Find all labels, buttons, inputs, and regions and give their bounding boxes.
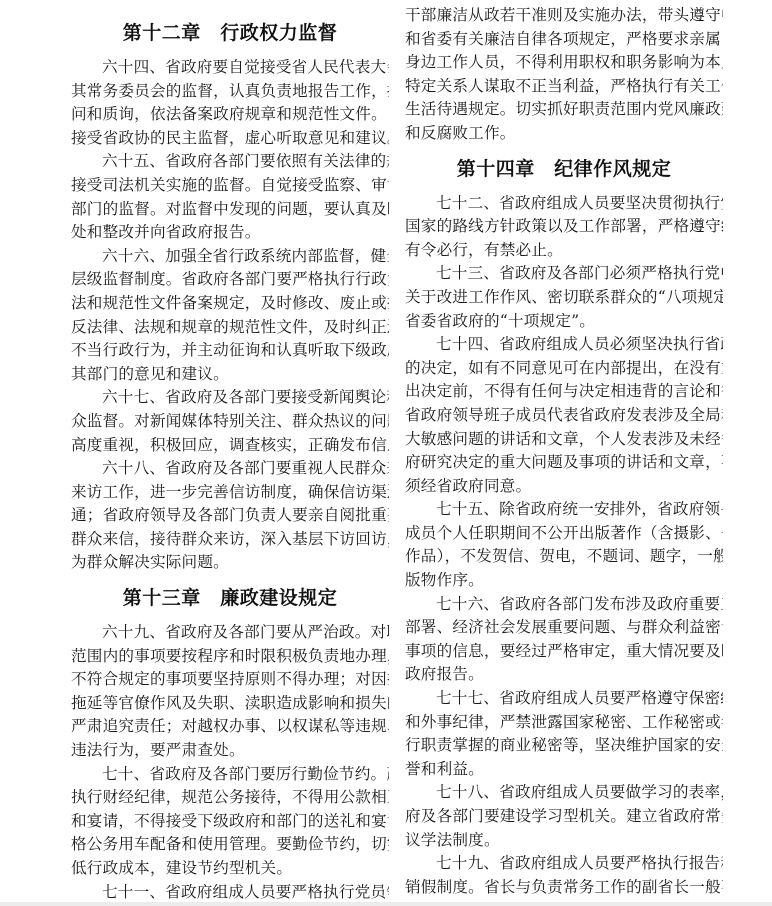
- text-line: 出决定前，不得有任何与决定相违背的言论和行为；: [405, 380, 723, 404]
- text-line: 七十一、省政府组成人员要严格执行党员领导: [71, 881, 389, 905]
- article-67: 六十七、省政府及各部门要接受新闻舆论和群 众监督。对新闻媒体特别关注、群众热议的…: [71, 386, 389, 457]
- text-line: 七十七、省政府组成人员要严格遵守保密纪律: [405, 687, 723, 711]
- text-line: 议学法制度。: [405, 829, 723, 853]
- chapter-12-title: 第十二章 行政权力监督: [71, 10, 389, 56]
- text-line: 处和整改并向省政府报告。: [71, 221, 389, 245]
- text-line: 法和规范性文件备案规定，及时修改、废止或撤销违: [71, 292, 389, 316]
- text-line: 七十、省政府及各部门要厉行勤俭节约。严格: [71, 763, 389, 787]
- text-line: 和省委有关廉洁自律各项规定，严格要求亲属以及: [405, 28, 723, 52]
- text-line: 和宴请，不得接受下级政府和部门的送礼和宴请，严: [71, 810, 389, 834]
- text-line: 行职责掌握的商业秘密等，坚决维护国家的安全、荣: [405, 734, 723, 758]
- text-line: 反法律、法规和规章的规范性文件，及时纠正违法或: [71, 316, 389, 340]
- text-line: 范围内的事项要按程序和时限积极负责地办理，对: [71, 645, 389, 669]
- text-line: 不符合规定的事项要坚持原则不得办理；对因推诿、: [71, 668, 389, 692]
- text-line: 七十四、省政府组成人员必须坚决执行省政府: [405, 333, 723, 357]
- text-line: 成员个人任职期间不公开出版著作（含摄影、书画: [405, 522, 723, 546]
- article-75: 七十五、除省政府统一安排外，省政府领导班子 成员个人任职期间不公开出版著作（含摄…: [405, 498, 723, 592]
- article-69: 六十九、省政府及各部门要从严治政。对职权 范围内的事项要按程序和时限积极负责地办…: [71, 621, 389, 763]
- text-line: 大敏感问题的讲话和文章，个人发表涉及未经省政: [405, 428, 723, 452]
- text-line: 六十九、省政府及各部门要从严治政。对职权: [71, 621, 389, 645]
- text-line: 高度重视，积极回应，调查核实，正确发布信息。: [71, 434, 389, 458]
- article-65: 六十五、省政府各部门要依照有关法律的规定 接受司法机关实施的监督。自觉接受监察、…: [71, 150, 389, 244]
- text-line: 省委省政府的“十项规定”。: [405, 310, 723, 334]
- text-line: 格公务用车配备和使用管理。要勤俭节约，切实降: [71, 833, 389, 857]
- document-page: 第十二章 行政权力监督 六十四、省政府要自觉接受省人民代表大会及 其常务委员会的…: [0, 0, 772, 902]
- text-line: 通；省政府领导及各部门负责人要亲自阅批重要的: [71, 504, 389, 528]
- text-line: 和外事纪律，严禁泄露国家秘密、工作秘密或者因履: [405, 711, 723, 735]
- text-line: 府及各部门要建设学习型机关。建立省政府常务会: [405, 805, 723, 829]
- article-68: 六十八、省政府及各部门要重视人民群众来信 来访工作，进一步完善信访制度，确保信访…: [71, 457, 389, 575]
- text-line: 六十四、省政府要自觉接受省人民代表大会及: [71, 56, 389, 80]
- text-line: 特定关系人谋取不正当利益，严格执行有关工作和: [405, 75, 723, 99]
- article-73: 七十三、省政府及各部门必须严格执行党中央 关于改进工作作风、密切联系群众的“八项…: [405, 262, 723, 333]
- text-line: 作品），不发贺信、贺电，不题词、题字，一般不为出: [405, 545, 723, 569]
- text-line: 来访工作，进一步完善信访制度，确保信访渠道畅: [71, 481, 389, 505]
- text-line: 须经省政府同意。: [405, 475, 723, 499]
- text-line: 问和质询，依法备案政府规章和规范性文件。自觉: [71, 103, 389, 127]
- text-line: 身边工作人员，不得利用职权和职务影响为本人或: [405, 51, 723, 75]
- text-line: 六十五、省政府各部门要依照有关法律的规定: [71, 150, 389, 174]
- article-64: 六十四、省政府要自觉接受省人民代表大会及 其常务委员会的监督，认真负责地报告工作…: [71, 56, 389, 150]
- text-line: 六十七、省政府及各部门要接受新闻舆论和群: [71, 386, 389, 410]
- text-line: 生活待遇规定。切实抓好职责范围内党风廉政建设: [405, 98, 723, 122]
- text-line: 销假制度。省长与负责常务工作的副省长一般不同: [405, 876, 723, 900]
- article-78: 七十八、省政府组成人员要做学习的表率，省政 府及各部门要建设学习型机关。建立省政…: [405, 781, 723, 852]
- page-bottom-edge: [0, 902, 772, 906]
- article-66: 六十六、加强全省行政系统内部监督，健全政府 层级监督制度。省政府各部门要严格执行…: [71, 245, 389, 387]
- article-79: 七十九、省政府组成人员要严格执行报告和请 销假制度。省长与负责常务工作的副省长一…: [405, 852, 723, 899]
- text-line: 政府报告。: [405, 663, 723, 687]
- article-71-continuation: 干部廉洁从政若干准则及实施办法，带头遵守中央 和省委有关廉洁自律各项规定，严格要…: [405, 4, 723, 146]
- text-line: 誉和利益。: [405, 758, 723, 782]
- text-line: 执行财经纪律，规范公务接待，不得用公款相互送礼: [71, 786, 389, 810]
- article-76: 七十六、省政府各部门发布涉及政府重要工作 部署、经济社会发展重要问题、与群众利益…: [405, 593, 723, 687]
- text-line: 其部门的意见和建议。: [71, 363, 389, 387]
- text-line: 七十二、省政府组成人员要坚决贯彻执行党和: [405, 192, 723, 216]
- text-line: 为群众解决实际问题。: [71, 551, 389, 575]
- left-column: 第十二章 行政权力监督 六十四、省政府要自觉接受省人民代表大会及 其常务委员会的…: [71, 0, 389, 904]
- text-line: 接受司法机关实施的监督。自觉接受监察、审计等: [71, 174, 389, 198]
- text-line: 七十三、省政府及各部门必须严格执行党中央: [405, 262, 723, 286]
- text-line: 七十五、除省政府统一安排外，省政府领导班子: [405, 498, 723, 522]
- chapter-14-title: 第十四章 纪律作风规定: [405, 146, 723, 192]
- text-line: 府研究决定的重大问题及事项的讲话和文章，事先: [405, 451, 723, 475]
- text-line: 省政府领导班子成员代表省政府发表涉及全局和重: [405, 404, 723, 428]
- chapter-13-title: 第十三章 廉政建设规定: [71, 575, 389, 621]
- text-line: 低行政成本，建设节约型机关。: [71, 857, 389, 881]
- text-line: 和反腐败工作。: [405, 122, 723, 146]
- text-line: 六十八、省政府及各部门要重视人民群众来信: [71, 457, 389, 481]
- text-line: 七十六、省政府各部门发布涉及政府重要工作: [405, 593, 723, 617]
- text-line: 违法行为，要严肃查处。: [71, 739, 389, 763]
- right-column: 干部廉洁从政若干准则及实施办法，带头遵守中央 和省委有关廉洁自律各项规定，严格要…: [405, 0, 723, 899]
- text-line: 国家的路线方针政策以及工作部署，严格遵守纪律，: [405, 215, 723, 239]
- text-line: 版物作序。: [405, 569, 723, 593]
- text-line: 严肃追究责任；对越权办事、以权谋私等违规、违纪、: [71, 715, 389, 739]
- text-line: 有令必行，有禁必止。: [405, 239, 723, 263]
- text-line: 的决定，如有不同意见可在内部提出，在没有重新做: [405, 357, 723, 381]
- text-line: 七十八、省政府组成人员要做学习的表率，省政: [405, 781, 723, 805]
- text-line: 七十九、省政府组成人员要严格执行报告和请: [405, 852, 723, 876]
- text-line: 不当行政行为，并主动征询和认真听取下级政府及: [71, 339, 389, 363]
- text-line: 六十六、加强全省行政系统内部监督，健全政府: [71, 245, 389, 269]
- article-71: 七十一、省政府组成人员要严格执行党员领导: [71, 881, 389, 905]
- article-70: 七十、省政府及各部门要厉行勤俭节约。严格 执行财经纪律，规范公务接待，不得用公款…: [71, 763, 389, 881]
- text-line: 拖延等官僚作风及失职、渎职造成影响和损失的，要: [71, 692, 389, 716]
- text-line: 干部廉洁从政若干准则及实施办法，带头遵守中央: [405, 4, 723, 28]
- text-line: 其常务委员会的监督，认真负责地报告工作，接受询: [71, 80, 389, 104]
- text-line: 部门的监督。对监督中发现的问题，要认真及时查: [71, 198, 389, 222]
- text-line: 部署、经济社会发展重要问题、与群众利益密切相关: [405, 616, 723, 640]
- text-line: 接受省政协的民主监督，虚心听取意见和建议。: [71, 127, 389, 151]
- text-line: 事项的信息，要经过严格审定，重大情况要及时向省: [405, 640, 723, 664]
- text-line: 层级监督制度。省政府各部门要严格执行行政复议: [71, 268, 389, 292]
- text-line: 关于改进工作作风、密切联系群众的“八项规定”和: [405, 286, 723, 310]
- article-74: 七十四、省政府组成人员必须坚决执行省政府 的决定，如有不同意见可在内部提出，在没…: [405, 333, 723, 498]
- text-line: 群众来信，接待群众来访，深入基层下访回访，努力: [71, 528, 389, 552]
- article-72: 七十二、省政府组成人员要坚决贯彻执行党和 国家的路线方针政策以及工作部署，严格遵…: [405, 192, 723, 263]
- text-line: 众监督。对新闻媒体特别关注、群众热议的问题，要: [71, 410, 389, 434]
- article-77: 七十七、省政府组成人员要严格遵守保密纪律 和外事纪律，严禁泄露国家秘密、工作秘密…: [405, 687, 723, 781]
